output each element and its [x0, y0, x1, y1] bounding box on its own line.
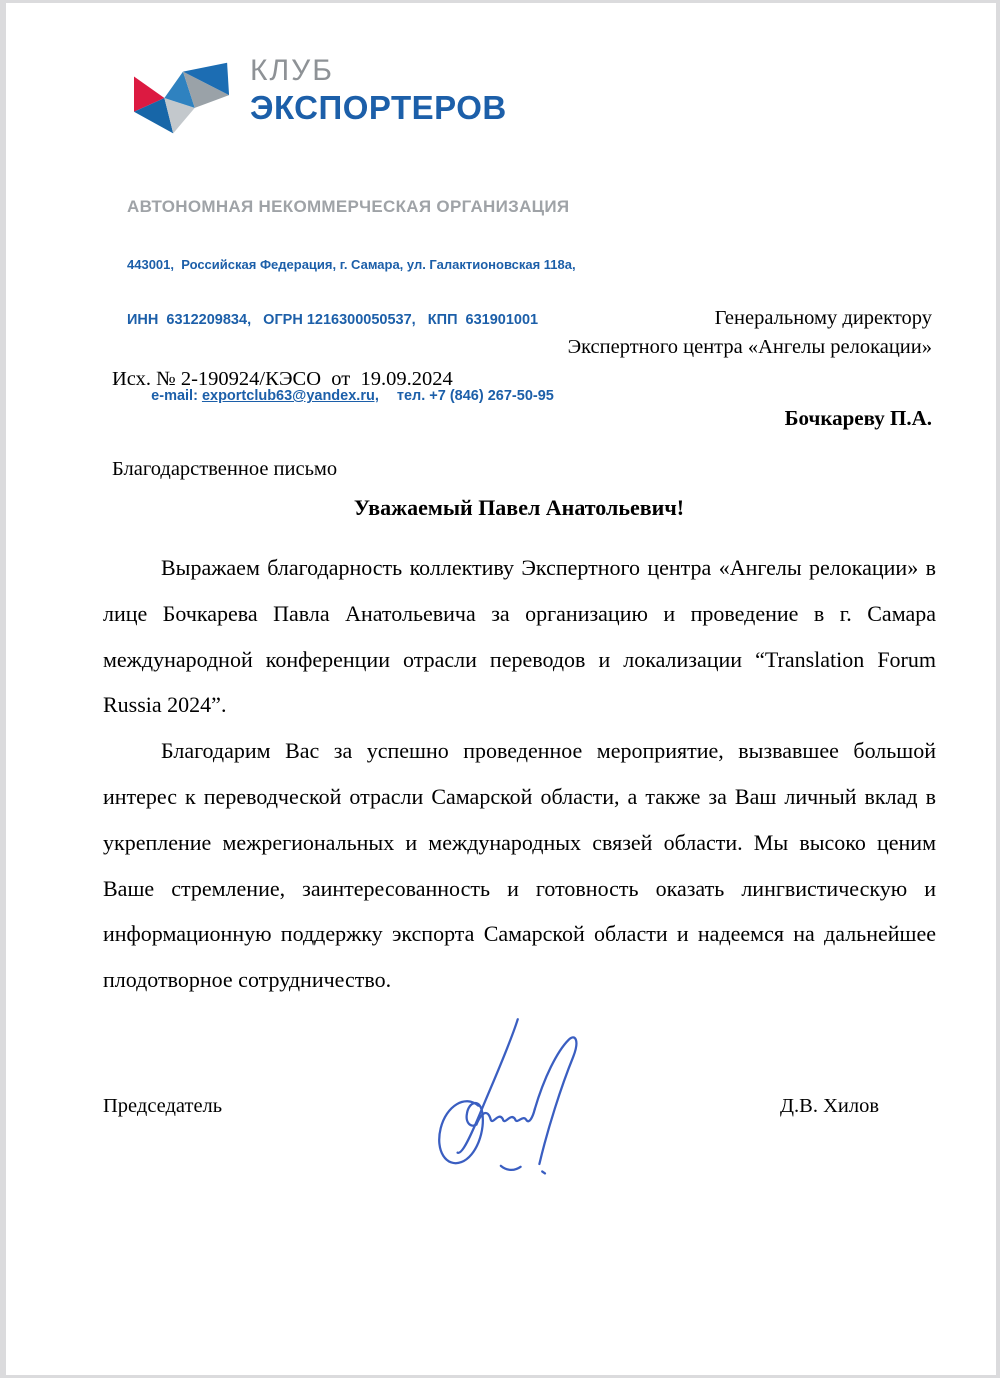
- letter-body: Выражаем благодарность коллективу Экспер…: [103, 545, 936, 1003]
- org-type-line: АВТОНОМНАЯ НЕКОММЕРЧЕСКАЯ ОРГАНИЗАЦИЯ: [127, 196, 576, 217]
- logo-word-klub: КЛУБ: [250, 53, 507, 89]
- salutation: Уважаемый Павел Анатольевич!: [101, 495, 937, 521]
- logo-word-exporterov: ЭКСПОРТЕРОВ: [250, 89, 507, 127]
- screenshot-root: { "brand": { "logo_line1": "КЛУБ", "logo…: [0, 0, 1000, 1378]
- signoff-name: Д.В. Хилов: [780, 1095, 879, 1118]
- doc-type-line: Благодарственное письмо: [112, 454, 453, 484]
- body-paragraph-2: Благодарим Вас за успешно проведенное ме…: [103, 728, 936, 1003]
- logo-wordmark: КЛУБ ЭКСПОРТЕРОВ: [250, 53, 507, 127]
- letter-page: КЛУБ ЭКСПОРТЕРОВ АВТОНОМНАЯ НЕКОММЕРЧЕСК…: [6, 3, 996, 1375]
- recipient-name: Бочкареву П.А.: [568, 404, 932, 433]
- recipient-org-line: Экспертного центра «Ангелы релокации»: [568, 333, 932, 362]
- exporters-club-checkmark-logo-icon: [134, 62, 232, 140]
- body-paragraph-1: Выражаем благодарность коллективу Экспер…: [103, 545, 936, 728]
- recipient-title-line: Генеральному директору: [568, 304, 932, 333]
- org-address-line: 443001, Российская Федерация, г. Самара,…: [127, 256, 576, 273]
- handwritten-signature: [420, 1015, 608, 1187]
- recipient-block: Генеральному директору Экспертного центр…: [568, 304, 932, 433]
- outgoing-ref-line: Исх. № 2-190924/КЭСО от 19.09.2024: [112, 364, 453, 394]
- signoff-position: Председатель: [103, 1095, 222, 1118]
